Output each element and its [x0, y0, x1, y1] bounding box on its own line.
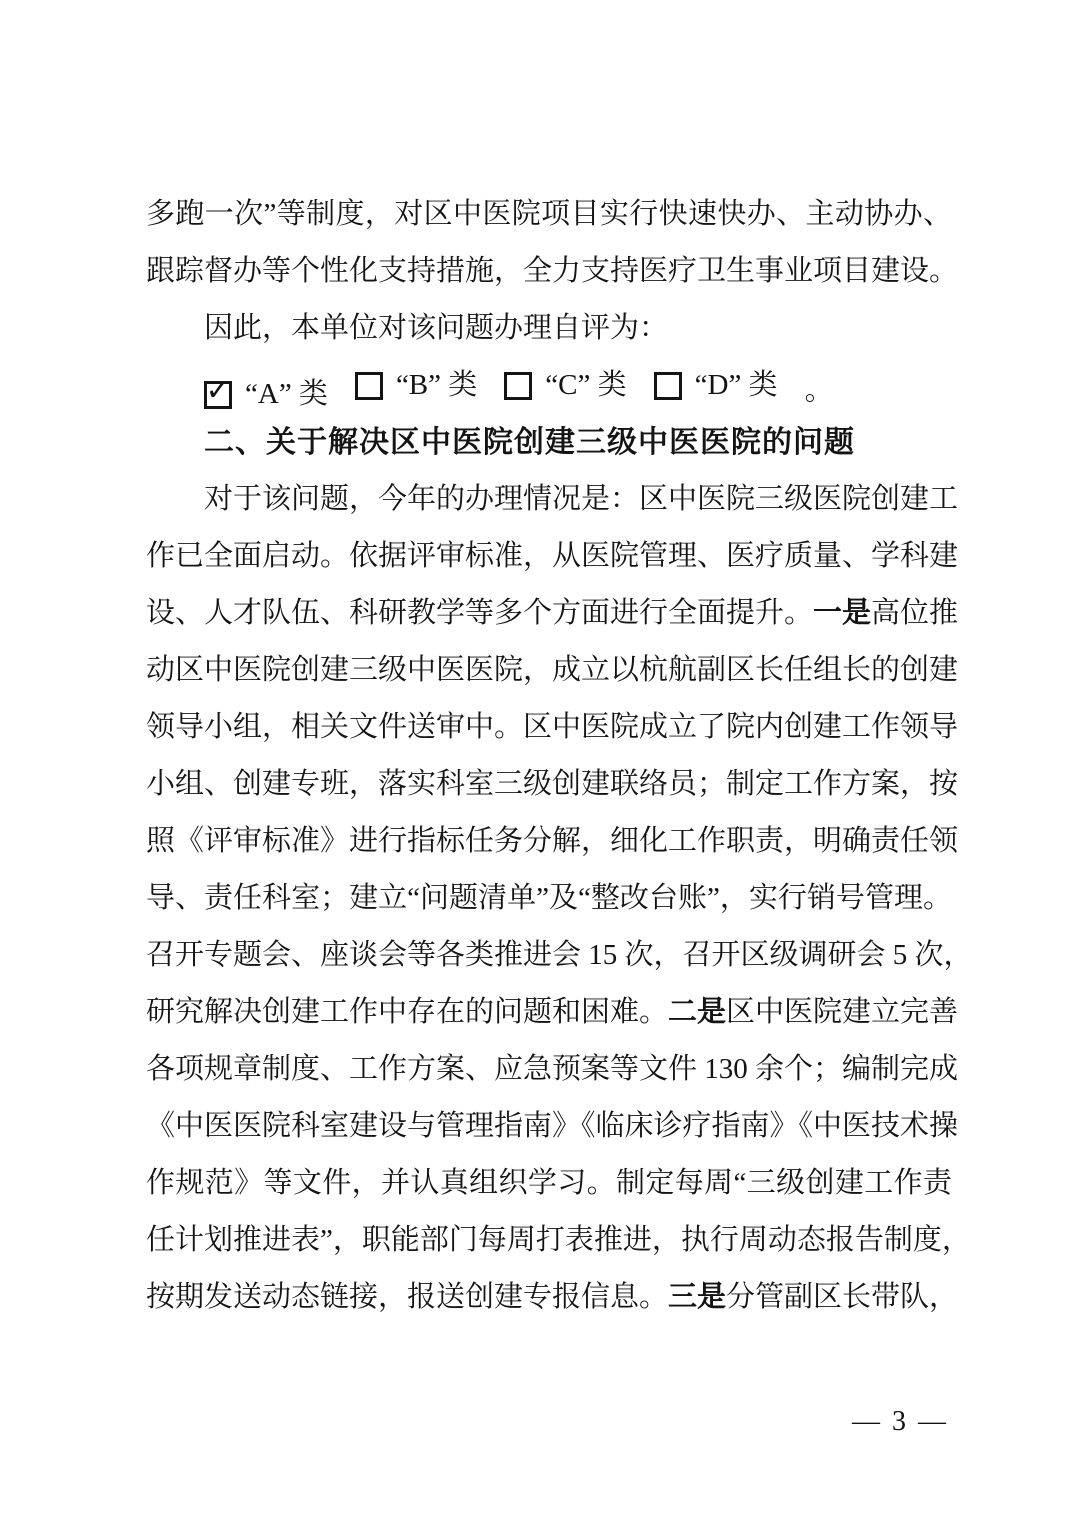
body-line-5: 设、人才队伍、科研教学等多个方面进行全面提升。一是高位推 [146, 585, 952, 642]
checkbox-c-unchecked-icon[interactable] [504, 372, 532, 400]
body-text: 按期发送动态链接，报送创建专报信息。 [146, 1281, 668, 1313]
body-text: 多跑一次”等制度，对区中医院项目实行快速快办、主动协办、 [146, 198, 952, 230]
eval-option-label-c: “C” 类 [545, 357, 626, 414]
eval-option-C: “C” 类 [504, 357, 626, 414]
eval-options-suffix: 。 [805, 375, 834, 407]
body-text: 跟踪督办等个性化支持措施，全力支持医疗卫生事业项目建设。 [146, 255, 958, 287]
body-line-14: 《中医医院科室建设与管理指南》《临床诊疗指南》《中医技术操 [146, 1098, 952, 1155]
body-line-9: 照《评审标准》进行指标任务分解，细化工作职责，明确责任领 [146, 813, 952, 870]
eval-option-label-b: “B” 类 [396, 357, 477, 414]
body-text: 研究解决创建工作中存在的问题和困难。 [146, 996, 668, 1028]
document-page: 多跑一次”等制度，对区中医院项目实行快速快办、主动协办、跟踪督办等个性化支持措施… [0, 0, 1074, 1520]
footer-dash-left: — [852, 1406, 880, 1438]
eval-option-label-d: “D” 类 [695, 357, 778, 414]
body-text: 导、责任科室；建立“问题清单”及“整改台账”，实行销号管理。 [146, 882, 952, 914]
checkbox-b-unchecked-icon[interactable] [355, 372, 383, 400]
body-text: 召开专题会、座谈会等各类推进会 15 次，召开区级调研会 5 次， [146, 939, 973, 971]
footer-dash-right: — [918, 1406, 946, 1438]
body-text: 小组、创建专班，落实科室三级创建联络员；制定工作方案，按 [146, 768, 958, 800]
body-text: 高位推 [871, 597, 958, 629]
body-text: 区中医院建立完善 [726, 996, 958, 1028]
page-number: 3 [892, 1406, 906, 1438]
emphasis-text: 一是 [813, 597, 871, 629]
eval-option-B: “B” 类 [355, 357, 477, 414]
body-line-12: 研究解决创建工作中存在的问题和困难。二是区中医院建立完善 [146, 984, 952, 1041]
body-line-4: 作已全面启动。依据评审标准，从医院管理、医疗质量、学科建 [146, 528, 952, 585]
body-line-2: 跟踪督办等个性化支持措施，全力支持医疗卫生事业项目建设。 [146, 243, 952, 300]
body-text: 对于该问题，今年的办理情况是：区中医院三级医院创建工 [204, 483, 958, 515]
section-heading-line: 二、关于解决区中医院创建三级中医医院的问题 [146, 414, 952, 471]
body-text: 作已全面启动。依据评审标准，从医院管理、医疗质量、学科建 [146, 540, 958, 572]
body-line-16: 任计划推进表”，职能部门每周打表推进，执行周动态报告制度， [146, 1212, 952, 1269]
checkbox-d-unchecked-icon[interactable] [654, 372, 682, 400]
body-line-3: 对于该问题，今年的办理情况是：区中医院三级医院创建工 [146, 471, 952, 528]
body-text: 作规范》等文件，并认真组织学习。制定每周“三级创建工作责 [146, 1167, 952, 1199]
body-line-1: 多跑一次”等制度，对区中医院项目实行快速快办、主动协办、 [146, 186, 952, 243]
body-text: 二、关于解决区中医院创建三级中医医院的问题 [204, 426, 855, 459]
body-text: 动区中医院创建三级中医医院，成立以杭航副区长任组长的创建 [146, 654, 958, 686]
self-eval-options-line: ✓“A” 类“B” 类“C” 类“D” 类。 [146, 357, 952, 414]
body-line-10: 导、责任科室；建立“问题清单”及“整改台账”，实行销号管理。 [146, 870, 952, 927]
body-text: 因此，本单位对该问题办理自评为： [204, 312, 668, 344]
body-line-13: 各项规章制度、工作方案、应急预案等文件 130 余个；编制完成 [146, 1041, 952, 1098]
body-line-15: 作规范》等文件，并认真组织学习。制定每周“三级创建工作责 [146, 1155, 952, 1212]
body-text: 设、人才队伍、科研教学等多个方面进行全面提升。 [146, 597, 813, 629]
body-text: 照《评审标准》进行指标任务分解，细化工作职责，明确责任领 [146, 825, 958, 857]
body-line-11: 召开专题会、座谈会等各类推进会 15 次，召开区级调研会 5 次， [146, 927, 952, 984]
eval-option-D: “D” 类 [654, 357, 778, 414]
emphasis-text: 三是 [668, 1281, 726, 1313]
body-line-17: 按期发送动态链接，报送创建专报信息。三是分管副区长带队， [146, 1269, 952, 1326]
emphasis-text: 二是 [668, 996, 726, 1028]
checkbox-a-checked-icon[interactable]: ✓ [204, 381, 232, 409]
body-text: 任计划推进表”，职能部门每周打表推进，执行周动态报告制度， [146, 1224, 971, 1256]
body-text: 分管副区长带队， [726, 1281, 958, 1313]
body-text: 《中医医院科室建设与管理指南》《临床诊疗指南》《中医技术操 [146, 1110, 958, 1142]
body-text: 各项规章制度、工作方案、应急预案等文件 130 余个；编制完成 [146, 1053, 958, 1085]
self-eval-intro-line: 因此，本单位对该问题办理自评为： [146, 300, 952, 357]
body-line-6: 动区中医院创建三级中医医院，成立以杭航副区长任组长的创建 [146, 642, 952, 699]
page-footer: — 3 — [852, 1406, 946, 1438]
text-block: 多跑一次”等制度，对区中医院项目实行快速快办、主动协办、跟踪督办等个性化支持措施… [146, 186, 952, 1326]
body-line-8: 小组、创建专班，落实科室三级创建联络员；制定工作方案，按 [146, 756, 952, 813]
body-text: 领导小组，相关文件送审中。区中医院成立了院内创建工作领导 [146, 711, 958, 743]
body-line-7: 领导小组，相关文件送审中。区中医院成立了院内创建工作领导 [146, 699, 952, 756]
